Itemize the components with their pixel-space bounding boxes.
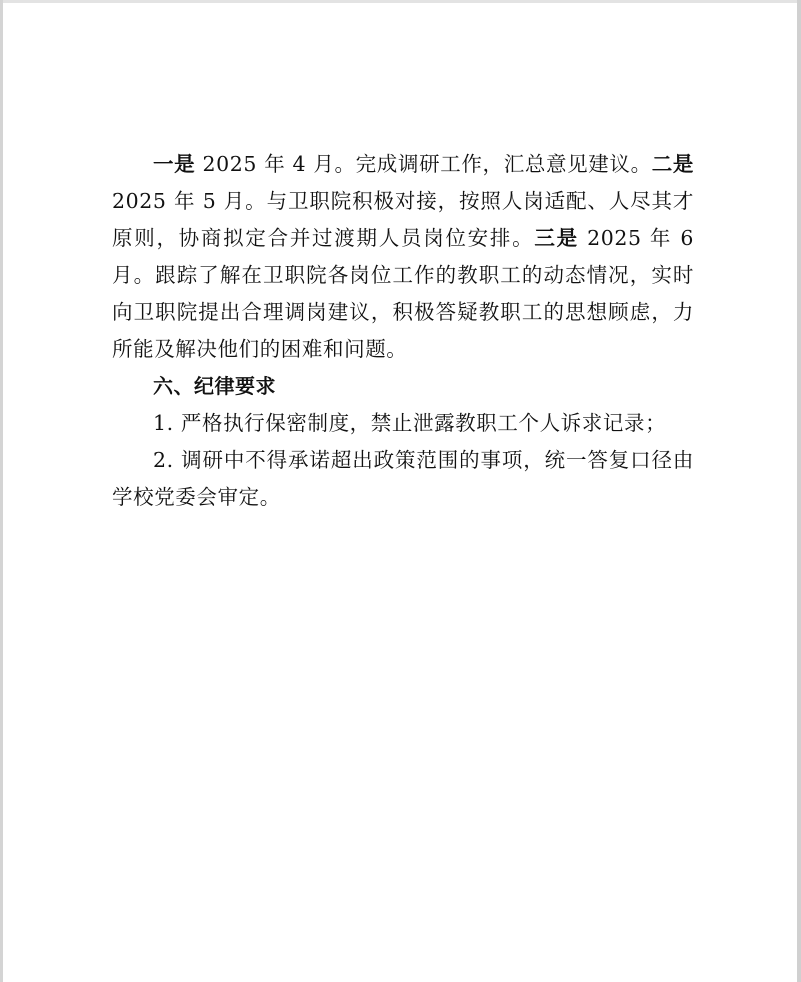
step-one-text: 2025 年 4 月。完成调研工作，汇总意见建议。 <box>195 152 651 176</box>
section-heading-discipline: 六、纪律要求 <box>112 368 694 405</box>
rule-item-1: 1. 严格执行保密制度，禁止泄露教职工个人诉求记录； <box>112 405 694 442</box>
step-one-marker: 一是 <box>153 152 195 176</box>
rule-item-2: 2. 调研中不得承诺超出政策范围的事项，统一答复口径由学校党委会审定。 <box>112 442 694 516</box>
schedule-paragraph: 一是 2025 年 4 月。完成调研工作，汇总意见建议。二是 2025 年 5 … <box>112 146 694 368</box>
scrollbar-track[interactable] <box>797 0 801 982</box>
step-three-marker: 三是 <box>534 226 578 250</box>
step-two-marker: 二是 <box>652 152 694 176</box>
document-body: 一是 2025 年 4 月。完成调研工作，汇总意见建议。二是 2025 年 5 … <box>112 146 694 516</box>
document-page: 一是 2025 年 4 月。完成调研工作，汇总意见建议。二是 2025 年 5 … <box>3 3 797 982</box>
